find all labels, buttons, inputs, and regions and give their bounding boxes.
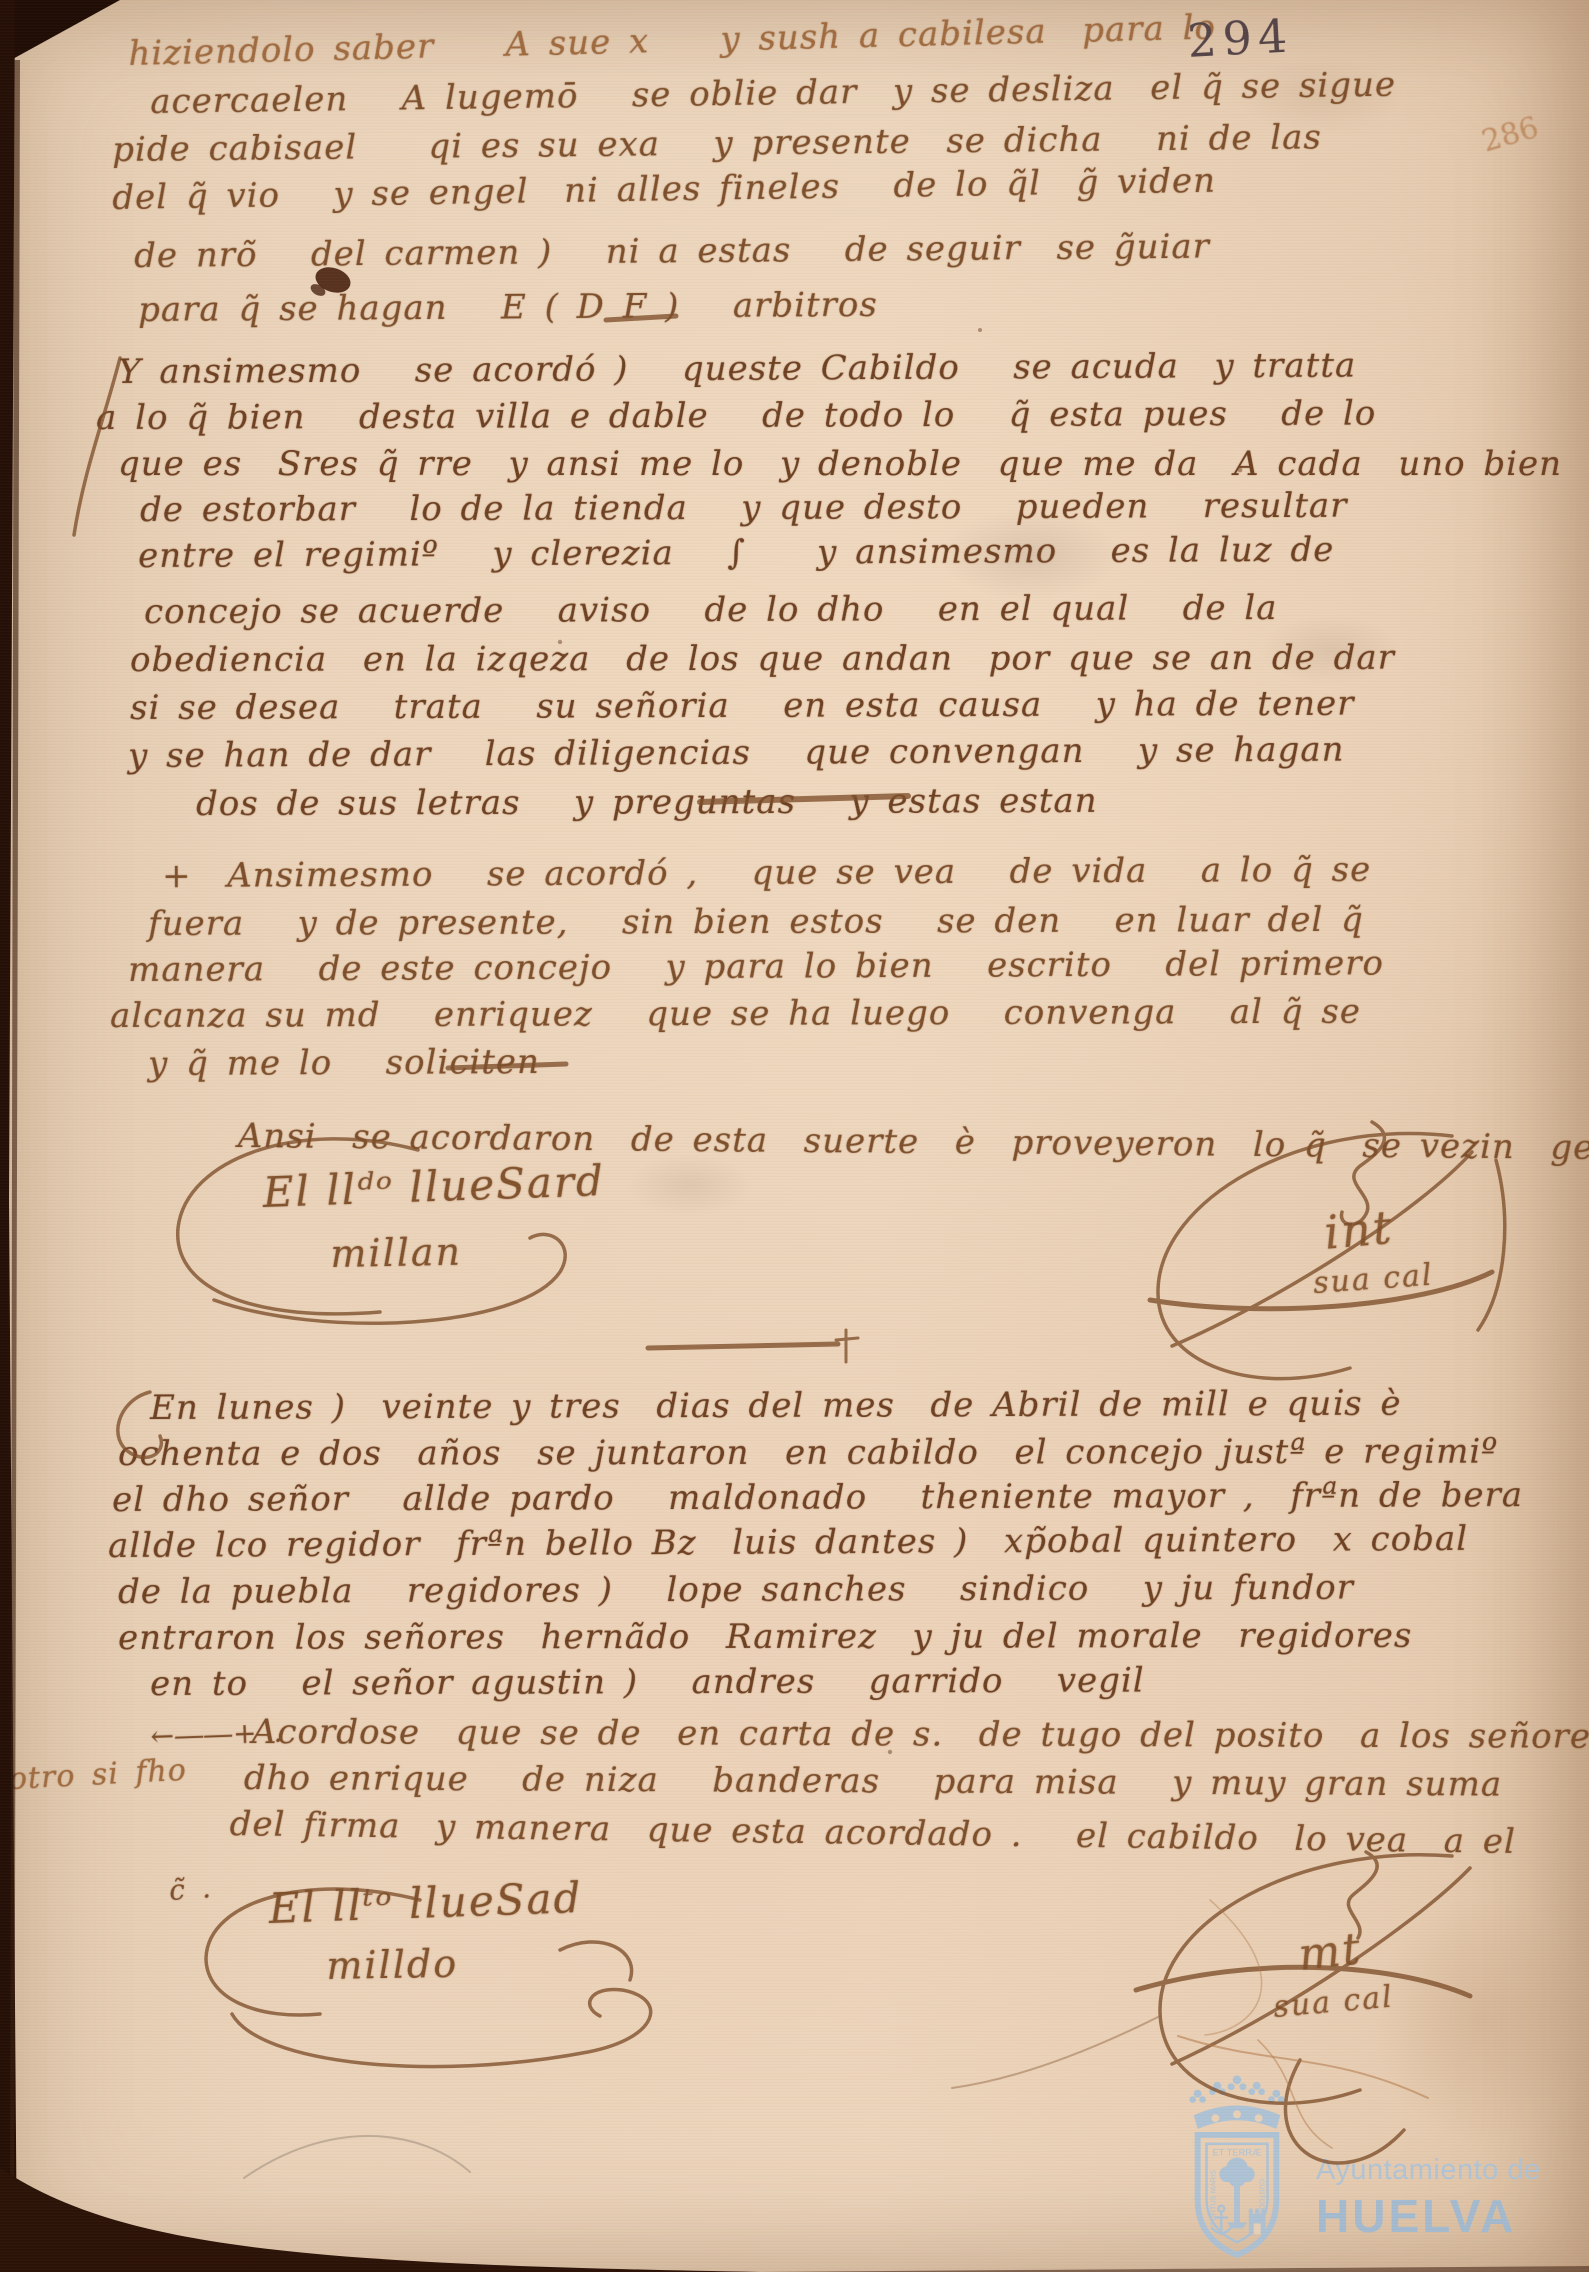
manuscript-line: dos de sus letras y preguntas y estas es… [196,781,1098,824]
manuscript-line: a lo q̃ bien desta villa e dable de todo… [96,394,1376,438]
manuscript-line: del q̃ vio y se engel ni alles fineles d… [112,161,1216,218]
manuscript-line: obediencia en la izqeza de los que andan… [130,638,1395,680]
manuscript-line: de nrõ del carmen ) ni a estas de seguir… [134,227,1210,276]
rubric-right-1-word1: int [1322,1200,1395,1260]
manuscript-line: manera de este concejo y para lo bien es… [128,943,1384,990]
manuscript-line: el dho señor allde pardo maldonado theni… [112,1475,1523,1520]
signature-left-2-surname: milldo [326,1942,458,1988]
manuscript-line: Y ansimesmo se acordó ) queste Cabildo s… [118,346,1356,392]
manuscript-line: dho enrique de niza banderas para misa y… [244,1758,1502,1805]
manuscript-line: c̃ . [168,1871,213,1907]
manuscript-line: en to el señor agustin ) andres garrido … [150,1661,1145,1704]
manuscript-line: entre el regimiº y clerezia ∫ y ansimesm… [138,530,1334,576]
manuscript-page: ET TERRÆ PORTUS MARIS CUSTODIA [0,0,1589,2272]
rubric-right-2-word1: mt [1296,1923,1364,1980]
manuscript-line: hiziendolo saber A sue x y sush a cabile… [128,7,1216,74]
signature-left-1-surname: millan [330,1230,462,1276]
manuscript-line: y q̃ me lo soliciten [148,1042,540,1084]
manuscript-line: + Ansimesmo se acordó , que se vea de vi… [162,850,1371,896]
manuscript-line: Ansi se acordaron de esta suerte è prove… [238,1116,1589,1168]
manuscript-line: allde lco regidor frªn bello Bz luis dan… [108,1519,1468,1566]
manuscript-line: del firma y manera que esta acordado . e… [229,1804,1516,1862]
manuscript-line: entraron los señores hernãdo Ramirez y j… [118,1616,1412,1658]
folio-number: 294 [1186,8,1294,67]
manuscript-line: y se han de dar las diligencias que conv… [128,730,1345,776]
manuscript-line: fuera y de presente, sin bien estos se d… [148,900,1364,944]
manuscript-line: si se desea trata su señoria en esta cau… [130,684,1354,728]
manuscript-line: acercaelen A lugemō se oblie dar y se de… [150,65,1396,122]
manuscript-line: Acordose que se de en carta de s. de tug… [252,1712,1589,1757]
manuscript-line: de estorbar lo de la tienda y que desto … [140,486,1348,530]
manuscript-line: alcanza su md enriquez que se ha luego c… [110,992,1361,1036]
manuscript-line: de la puebla regidores ) lope sanches si… [118,1568,1354,1612]
manuscript-line: otro si fho [8,1753,188,1797]
manuscript-line: para q̃ se hagan E ( D F ) arbitros [138,285,878,330]
manuscript-line: que es Sres q̃ rre y ansi me lo y denobl… [118,444,1562,484]
manuscript-line: concejo se acuerde aviso de lo dho en el… [144,588,1278,632]
manuscript-line: ochenta e dos años se juntaron en cabild… [118,1432,1498,1474]
manuscript-line: En lunes ) veinte y tres dias del mes de… [150,1384,1402,1428]
